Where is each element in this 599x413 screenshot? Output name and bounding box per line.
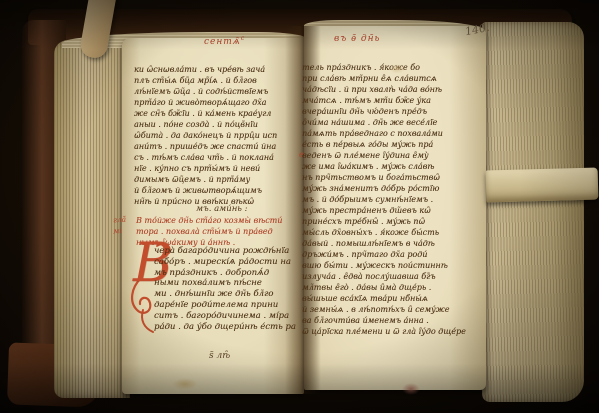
manuscript-text-line: В то́йже дн̃ь ст̃а́го козмы̀ вѣсти́ xyxy=(136,215,282,226)
manuscript-text-line: ми . днѣ́шнїи же дн̃ь бл̃го xyxy=(154,289,296,300)
right-page-running-header: въ ѳ̃ дн̃ь xyxy=(334,34,380,44)
quire-signature: ѕ̃ лѣ̑ xyxy=(209,351,230,361)
manuscript-text-line: й бл̃гомъ й живѡтворѧ́щимъ xyxy=(134,185,277,196)
manuscript-text-line: сабо́ръ . мирескі́ѧ ра́дости на xyxy=(154,257,296,268)
manuscript-text-line: ани́тъ . прише́дъ же спасти́ йна xyxy=(134,141,277,152)
manuscript-text-line: вы́шьше вса́кїѧ тва́ри нб̃ны́ѧ xyxy=(302,293,466,304)
page-stain xyxy=(402,383,420,395)
manuscript-text-line: вчера́шнїи дн̃ь чю́денъ пре́дъ xyxy=(302,106,466,117)
manuscript-text-line: ситъ . багоро́дичинема . мі́ра xyxy=(154,311,296,322)
right-page-text-block: тель пра́здникъ . я́коже бопри сла́вѣ мт… xyxy=(302,62,466,337)
manuscript-text-line: при сла́вѣ мт̃рни е̑ѧ сла́витсѧ xyxy=(302,73,466,84)
manuscript-text-line: ными похва́лимъ пѣ́сне xyxy=(154,278,296,289)
manuscript-text-line: мъ . й до́брыимъ сумнѣ́нїемъ . xyxy=(302,194,466,205)
amen-line: мъ. ами́нь : xyxy=(196,204,248,215)
manuscript-text-line: па́мѧть пра́веднаго с похвала́ми xyxy=(302,128,466,139)
manuscript-text-line: тель пра́здникъ . я́коже бо xyxy=(302,62,466,73)
manuscript-text-line: дръжи́мъ . прч̃таго дх̃а роди́ xyxy=(302,249,466,260)
page-stain xyxy=(172,378,198,390)
manuscript-text-line: мы́сль дх̃овны́хъ . я́коже бы́сть xyxy=(302,227,466,238)
manuscript-text-line: мъ пра́здникъ . добропѧ́д xyxy=(154,268,296,279)
manuscript-text-line: лѣ́нїемъ ѿц̃а . й содѣ́йствїемъ xyxy=(134,86,277,97)
manuscript-text-line: о̑чи́ма на́шима . дн̃ь же весе́лїе xyxy=(302,117,466,128)
manuscript-text-line: прине́схъ тре́бны̑ . му́жь пѡ̑ xyxy=(302,216,466,227)
left-page-text-block: ки ѡ̑снѡвла́ти . въ чре́вѣ зача́плъ ст̃ы… xyxy=(134,64,277,207)
manuscript-text-line: ѿ ца́рїска пле́мени и ѿ гла̀ і̑у́до дще́… xyxy=(302,326,466,337)
manuscript-text-line: мі xyxy=(113,225,127,237)
manuscript-text-line: ча́дѣсїи . й при хвалѣ̀ ча́да во́нѣ xyxy=(302,84,466,95)
manuscript-text-line: же сн̃ъ бж̃їи . й ка́мень крае́угл xyxy=(134,108,277,119)
opening-paragraph-block: чера̀ багаро́дичина рождѣ́нїасабо́ръ . м… xyxy=(154,246,296,332)
manuscript-text-line: аныи . по́не созда̀ . й по́цв̃нїи xyxy=(134,119,277,130)
manuscript-text-line: ѡ̑бита̀ . да дако́нецъ й пррц̑и исп xyxy=(134,130,277,141)
manuscript-text-line: даре́нїе роди́телема прини xyxy=(154,300,296,311)
photo-scene: сентѧ̑с ки ѡ̑снѡвла́ти . въ чре́вѣ зача́… xyxy=(0,0,599,413)
manuscript-text-line: му́жь зна́менитъ до́брь ро́стїю xyxy=(302,183,466,194)
header-superscript: с xyxy=(241,35,245,42)
manuscript-text-line: мча́тсѧ . тѣ́мъ мт̃и бж̃е у́ка xyxy=(302,95,466,106)
manuscript-text-line: нъ прч̃тьствомъ и бога́тьствѡ̑ xyxy=(302,172,466,183)
manuscript-text-line: веденъ ѿ пле́мене і̑у́дина е̑му̀ xyxy=(302,150,466,161)
manuscript-text-line: е́сть в пе́рвыѧ го́ды му́жь пра́ xyxy=(302,139,466,150)
manuscript-text-line: чера̀ багаро́дичина рождѣ́нїа xyxy=(154,246,296,257)
manuscript-text-line: излуча́а . е̑два̀ послу́шавша бг̃ъ xyxy=(302,271,466,282)
chapter-margin-notes: гла̃мі xyxy=(113,214,126,236)
manuscript-text-line: ра́ди . да у́бо дщери́нѣ е́сть ра xyxy=(154,322,296,333)
manuscript-text-line: прт̃а́го й живо̀творѧ́щаго дх̃а xyxy=(134,97,277,108)
manuscript-text-line: да́вый . помышлѣ́нїемъ в ча́дѣ xyxy=(302,238,466,249)
manuscript-text-line: же има і̑ѡа́кимъ . му́жь сла́вѣ xyxy=(302,161,466,172)
manuscript-text-line: й земны́ѧ . в лѣ́потѣ́хъ и̑ сему́же xyxy=(302,304,466,315)
manuscript-text-line: нїе . ку́пно съ прт̃ы́мъ й неви́ xyxy=(134,163,277,174)
left-page-running-header: сентѧ̑с xyxy=(204,34,245,47)
bookmark-tab xyxy=(486,168,599,203)
manuscript-text-line: вшю бы́ти . му́жескъ пои́стиннѣ xyxy=(302,260,466,271)
manuscript-text-line: димымъ ѿц̃емъ . й прт̃а́му xyxy=(134,174,277,185)
manuscript-text-line: ки ѡ̑снѡвла́ти . въ чре́вѣ зача́ xyxy=(134,64,277,75)
manuscript-text-line: плъ ст̃ы́ѧ бц̃а мр̃і́ѧ . й бл̃гов xyxy=(134,75,277,86)
manuscript-text-line: съ . тѣ́мъ сла́ва чт̃ь . й поклана́ xyxy=(134,152,277,163)
manuscript-text-line: мл̃твы е̑го̀ . да́вы и̑ма̀ дще́рь . xyxy=(302,282,466,293)
page-stain xyxy=(389,64,405,74)
manuscript-text-line: ва бл̃гочти́ва и́менемъ а́нна . xyxy=(302,315,466,326)
manuscript-text-line: му́жь престра́ненъ дш̃евъ кѡ̑ xyxy=(302,205,466,216)
right-page-fore-edge xyxy=(482,22,584,402)
